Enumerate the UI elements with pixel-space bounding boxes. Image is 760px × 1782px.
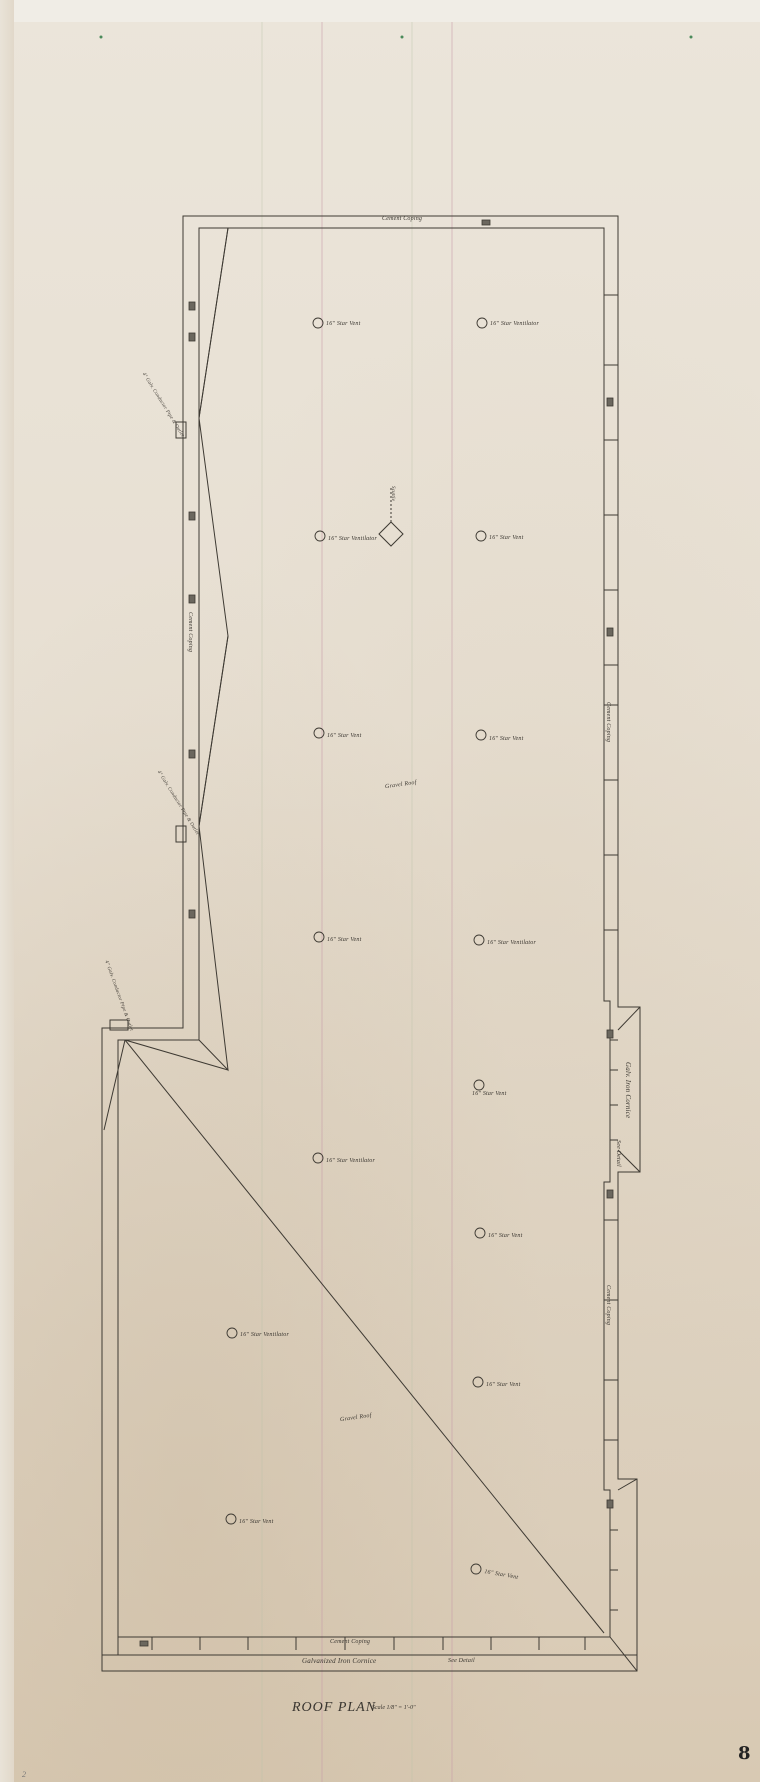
sheet-number: 8 xyxy=(738,1743,751,1764)
vent-label: 16" Star Vent xyxy=(489,535,523,541)
vent-label: 16" Star Ventilator xyxy=(487,940,536,946)
vent-label: 16" Star Vent xyxy=(472,1091,506,1097)
vent-label: 16" Star Ventilator xyxy=(328,536,377,542)
vent-label: 16" Star Vent xyxy=(327,937,361,943)
right-coping-label-upper: Cement Coping xyxy=(605,702,611,742)
vent-label: 16" Star Ventilator xyxy=(490,321,539,327)
vent-label: 16" Star Vent xyxy=(486,1382,520,1388)
corner-mark: 2 xyxy=(22,1770,26,1779)
vent-label: 16" Star Ventilator xyxy=(240,1332,289,1338)
vent-label: 16" Star Vent xyxy=(239,1519,273,1525)
right-cornice-note: See Detail xyxy=(615,1140,621,1167)
drawing-scale: Scale 1/8" = 1'-0" xyxy=(372,1705,416,1711)
right-cornice-label: Galv. Iron Cornice xyxy=(624,1062,632,1118)
roof-plan-drawing xyxy=(0,0,760,1782)
right-coping-label-lower: Cement Coping xyxy=(605,1285,611,1325)
cornice-note: See Detail xyxy=(448,1658,475,1664)
guide-lines xyxy=(322,22,452,1782)
vent-label: 16" Star Vent xyxy=(488,1233,522,1239)
vent-label: 16" Star Vent xyxy=(489,736,523,742)
scuttle-label: Scuttle xyxy=(390,486,395,501)
top-coping-label: Cement Coping xyxy=(382,216,422,222)
vent-label: 16" Star Vent xyxy=(326,321,360,327)
vent-symbols xyxy=(226,318,487,1574)
drawing-title: ROOF PLAN xyxy=(292,1700,376,1716)
cornice-label: Galvanized Iron Cornice xyxy=(302,1657,376,1665)
vent-label: 16" Star Vent xyxy=(327,733,361,739)
vent-label: 16" Star Ventilator xyxy=(326,1158,375,1164)
bottom-coping-label: Cement Coping xyxy=(330,1639,370,1645)
left-coping-label: Cement Coping xyxy=(187,612,193,652)
